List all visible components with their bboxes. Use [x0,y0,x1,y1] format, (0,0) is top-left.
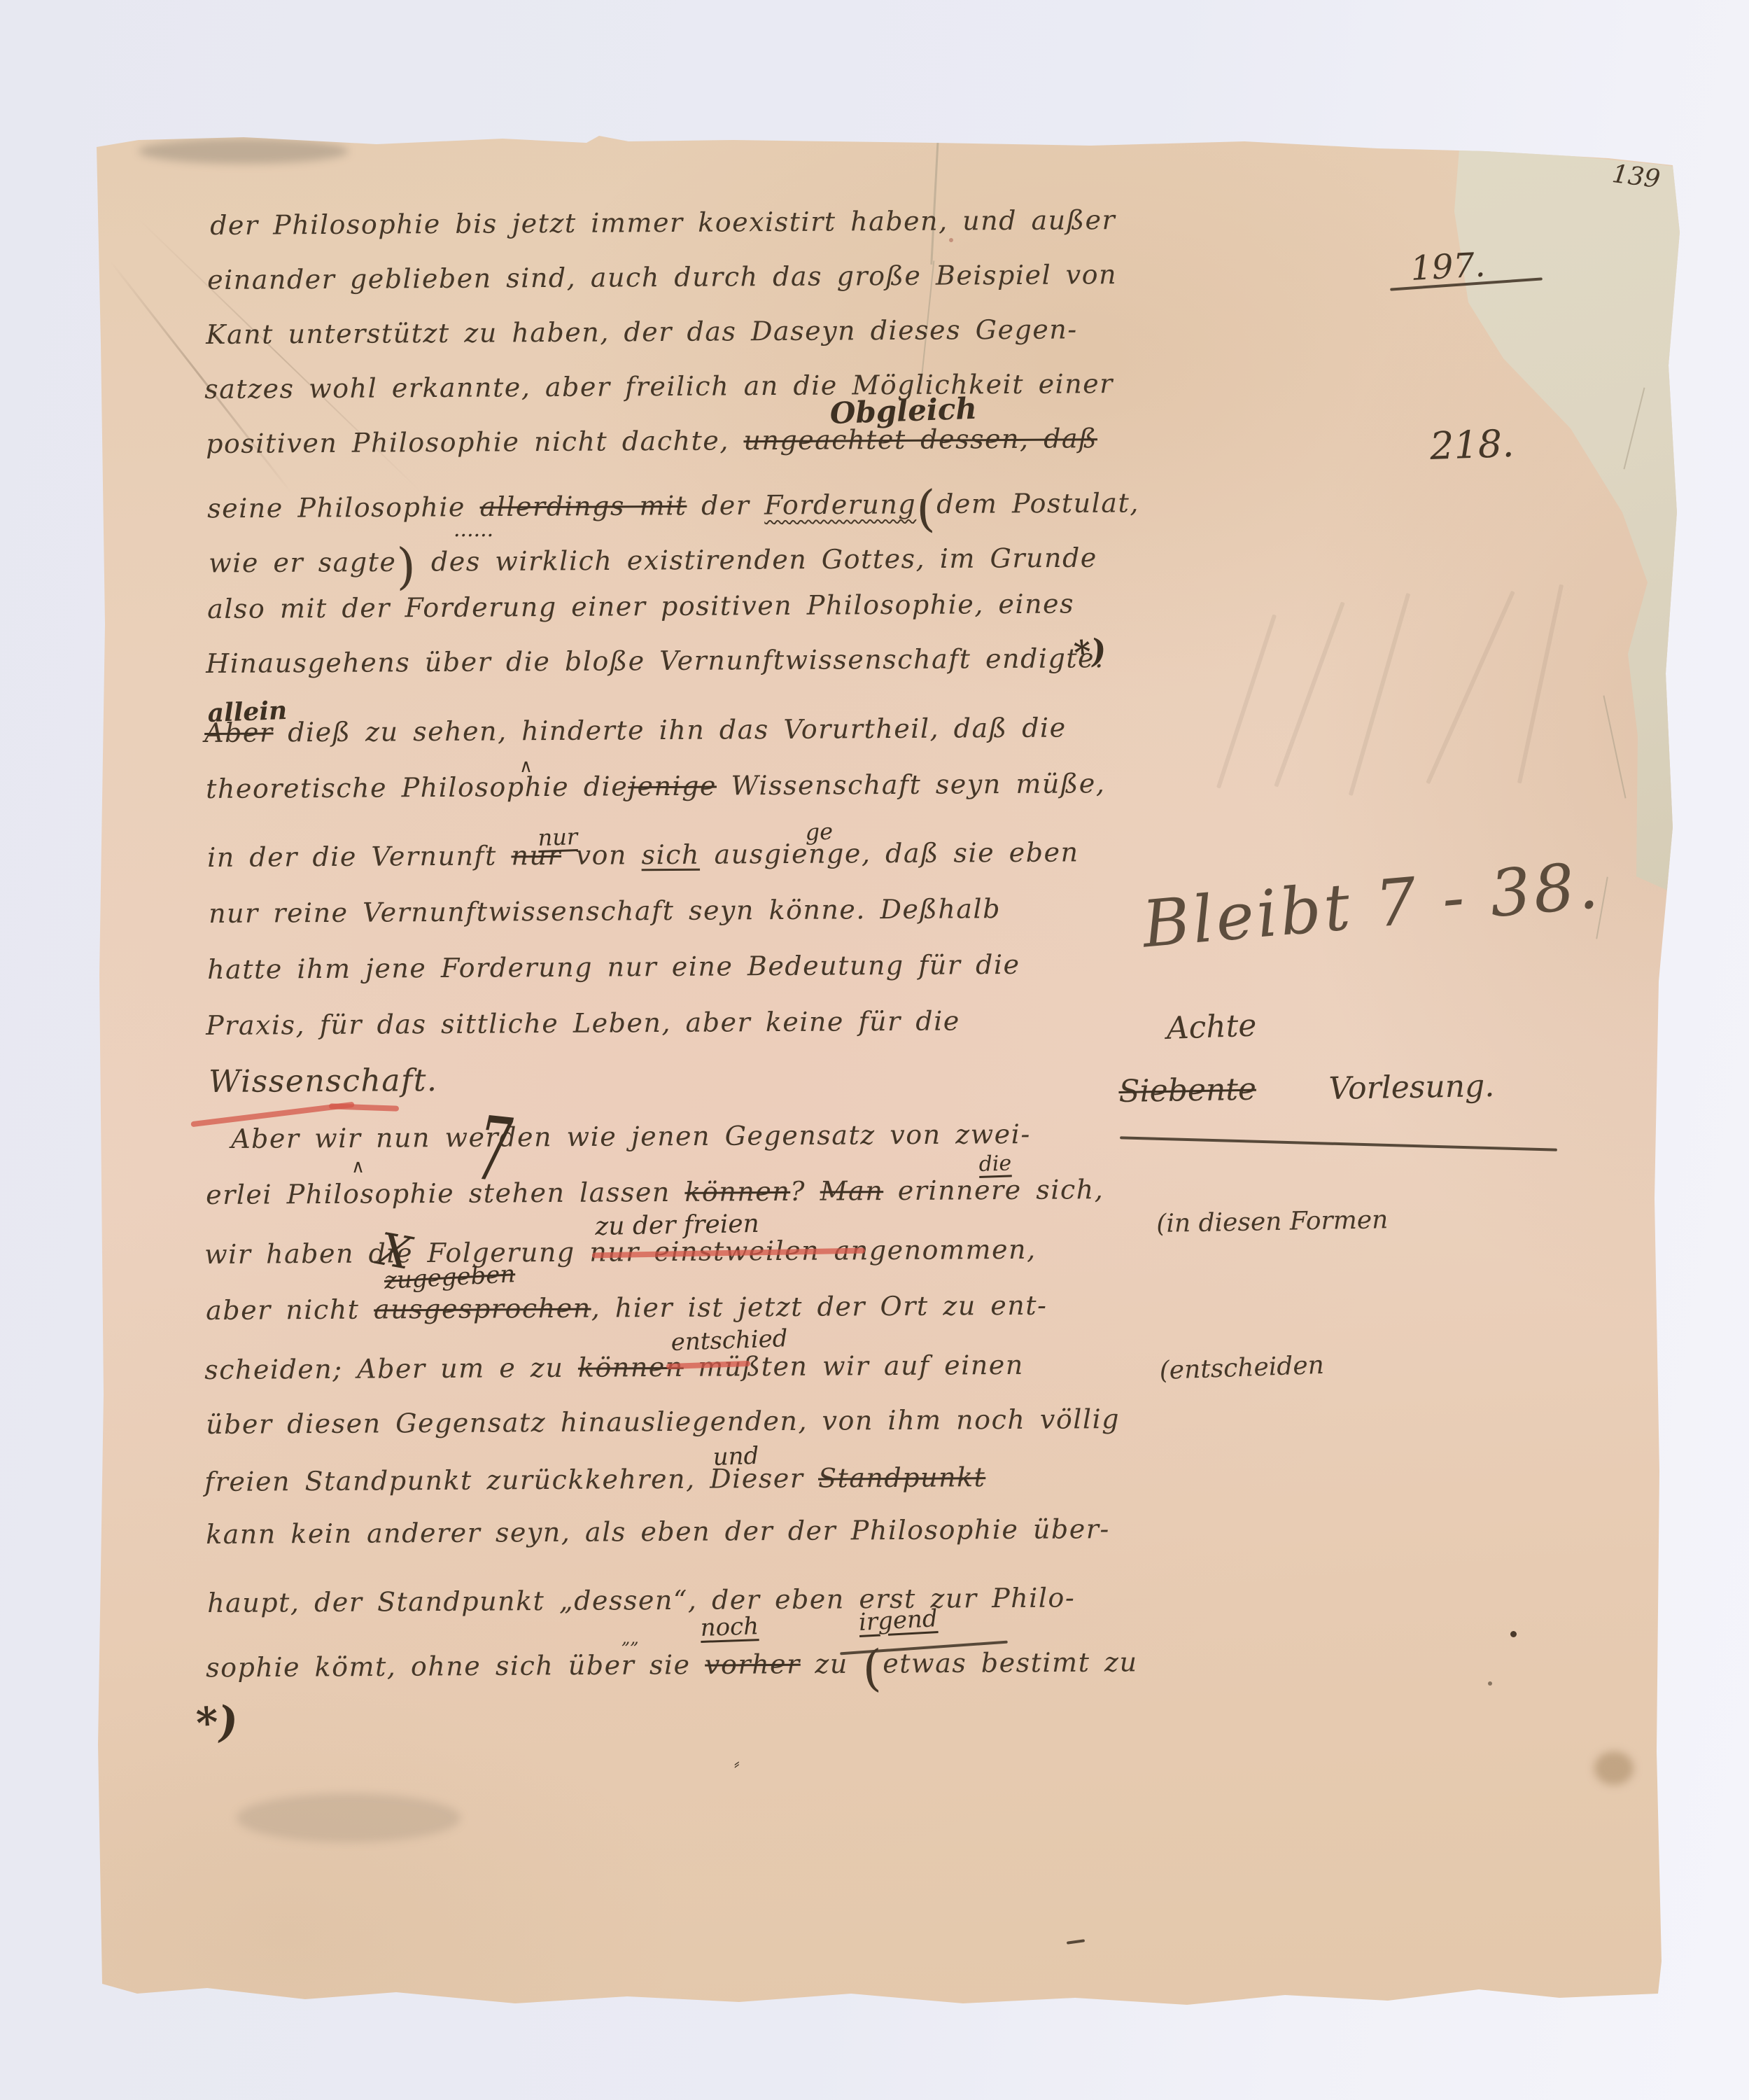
ink-speck [1510,1631,1517,1637]
insert-zu-der-freien: zu der freien [595,1210,759,1241]
dessen-dots: „„ [621,1628,639,1648]
margin-note-2: (entscheiden [1159,1351,1324,1385]
handwritten-text: Forderung [764,489,916,520]
paper-crack [1603,695,1626,798]
struck-text: jenige [628,771,717,802]
struck-text: Standpunkt [818,1462,986,1493]
manuscript-line: haupt, der Standpunkt „dessen“, der eben… [207,1582,1075,1618]
handwritten-text: positiven Philosophie nicht dachte, [206,425,744,459]
struck-text: vorher [705,1648,801,1680]
ghost-stroke [1274,601,1344,787]
struck-text: können [684,1176,790,1207]
manuscript-line: Wissenschaft. [209,1063,438,1100]
handwritten-text: der Philosophie bis jetzt immer koexisti… [210,204,1116,241]
handwritten-text: Aber wir nun werden wie jenen Gegensatz … [231,1119,1031,1154]
struck-text: Man [820,1175,884,1207]
handwritten-text: Wissenschaft seyn müße, [717,768,1106,801]
handwritten-text: , hier ist jetzt der Ort zu ent- [591,1290,1047,1324]
handwritten-text: einander geblieben sind, auch durch das … [207,259,1117,295]
manuscript-line: über diesen Gegensatz hinausliegenden, v… [206,1403,1120,1440]
insert-irgend: irgend [858,1604,939,1637]
manuscript-line: seine Philosophie allerdings mit der For… [207,479,1139,542]
footnote-asterisk: *) [195,1697,240,1749]
insert-nur: nur [538,823,578,851]
struck-text: ausgesprochen [374,1293,591,1325]
manuscript-line: nur reine Vernunftwissenschaft seyn könn… [209,893,1001,929]
ghost-stroke [1426,591,1515,785]
handwritten-text: also mit der Forderung einer positiven P… [207,588,1074,624]
heading-word-vorlesung: Vorlesung. [1328,1068,1495,1107]
handwritten-text: über diesen Gegensatz hinausliegenden, v… [206,1403,1120,1440]
handwritten-text: dem Postulat, [936,487,1139,519]
handwritten-text: theoretische Philosophie die [206,771,628,804]
manuscript-line: Praxis, für das sittliche Leben, aber ke… [206,1005,960,1041]
insert-entscheiden: entschied [670,1324,788,1357]
insert-und: und [712,1442,759,1471]
manuscript-line: Aber wir nun werden wie jenen Gegensatz … [231,1119,1031,1154]
heading-word-siebente-struck: Siebente [1118,1072,1256,1109]
ink-speck [949,238,953,242]
handwritten-text: Hinausgehens über die bloße Vernunftwiss… [206,643,1104,679]
handwritten-text: haupt, der Standpunkt „dessen“, der eben… [207,1582,1075,1618]
manuscript-line: satzes wohl erkannte, aber freilich an d… [204,368,1114,405]
ghost-stroke [1517,584,1564,784]
insert-allein: allein [207,696,288,728]
show-through-writing [237,1793,461,1842]
manuscript-line: wie er sagte) des wirklich existirenden … [209,533,1097,596]
manuscript-line: in der die Vernunft nur von sich ausgien… [207,836,1079,873]
manuscript-line: aber nicht ausgesprochen, hier ist jetzt… [206,1290,1048,1326]
manuscript-line: kann kein anderer seyn, als eben der der… [206,1513,1110,1550]
scanner-background: 139 197. 218. Bleibt 7 - 38. Achte Siebe… [0,0,1749,2100]
manuscript-line: sophie kömt, ohne sich über sie vorher z… [206,1638,1138,1701]
handwritten-text: sich [641,839,700,871]
paper-crack [930,139,939,265]
manuscript-line: hatte ihm jene Forderung nur eine Bedeut… [207,949,1020,985]
caret: ∧ [351,1156,365,1177]
handwritten-text: dieß zu sehen, hinderte ihn das Vorurthe… [273,712,1066,748]
caret: ∧ [519,756,533,777]
handwritten-text: Kant unterstützt zu haben, der das Dasey… [206,314,1078,350]
scanned-manuscript-page: { "document": { "kind": "handwritten man… [0,0,1749,2100]
insert-ge: ge [805,818,834,846]
handwritten-text: Praxis, für das sittliche Leben, aber ke… [206,1005,960,1041]
handwritten-text: ? [790,1176,820,1207]
handwritten-text: kann kein anderer seyn, als eben der der… [206,1513,1110,1550]
handwritten-text: etwas bestimt zu [883,1646,1137,1679]
handwritten-text: sophie kömt, ohne sich über sie [206,1649,705,1683]
manuscript-line: Aber dieß zu sehen, hinderte ihn das Vor… [204,712,1067,748]
handwritten-text: aber nicht [206,1294,374,1326]
heading-word-achte: Achte [1166,1008,1257,1046]
handwritten-text: ( [862,1639,883,1697]
manuscript-line: scheiden; Aber um e zu können müßten wir… [204,1350,1024,1385]
handwritten-text: erinnere sich, [883,1174,1104,1206]
handwritten-text: erlei Philosophie stehen lassen [206,1177,685,1210]
insert-noch: noch [700,1612,759,1642]
manuscript-line: der Philosophie bis jetzt immer koexisti… [210,204,1116,241]
insert-obgleich: Obgleich [829,391,978,430]
brown-stain [1594,1751,1634,1785]
handwritten-text: ( [916,480,936,538]
ink-speck [1488,1681,1492,1686]
margin-note-1: (in diesen Formen [1156,1205,1389,1238]
archive-corner-number: 139 [1610,160,1662,194]
page-number-new: 218. [1429,421,1515,468]
handwritten-text: wie er sagte [209,547,396,579]
handwritten-text: hatte ihm jene Forderung nur eine Bedeut… [207,949,1020,985]
handwritten-text: der [687,490,764,521]
manuscript-line: positiven Philosophie nicht dachte, unge… [206,423,1097,459]
manuscript-line: Hinausgehens über die bloße Vernunftwiss… [206,643,1104,679]
handwritten-text: in der die Vernunft [207,840,512,873]
manuscript-line: theoretische Philosophie diejenige Wisse… [206,768,1105,804]
manuscript-line: also mit der Forderung einer positiven P… [207,588,1074,624]
manuscript-line: freien Standpunkt zurückkehren, Dieser S… [204,1462,985,1497]
ghost-stroke [1216,614,1277,788]
handwritten-text: satzes wohl erkannte, aber freilich an d… [204,368,1114,405]
handwritten-text: des wirklich existirenden Gottes, im Gru… [416,542,1097,577]
struck-text: allerdings mit [479,490,687,522]
handwritten-text: Wissenschaft. [209,1063,438,1100]
ghost-stroke [1349,593,1410,796]
handwritten-text: nur reine Vernunftwissenschaft seyn könn… [209,893,1001,929]
manuscript-line: erlei Philosophie stehen lassen können? … [206,1174,1104,1210]
manuscript-line: einander geblieben sind, auch durch das … [207,259,1117,295]
handwritten-text: ) [396,538,416,595]
manuscript-line: Kant unterstützt zu haben, der das Dasey… [206,314,1078,350]
footnote-ref-asterisk: *) [1072,631,1108,671]
insert-die: die [978,1151,1012,1177]
handwritten-text: ausgienge, daß sie eben [700,836,1079,869]
pencil-smear [139,139,349,164]
handwritten-text: scheiden; Aber um e zu [204,1352,578,1385]
struck-text: ungeachtet dessen, daß [743,423,1097,456]
handwritten-text: seine Philosophie [207,491,480,524]
stet-dots: ······ [454,524,493,548]
